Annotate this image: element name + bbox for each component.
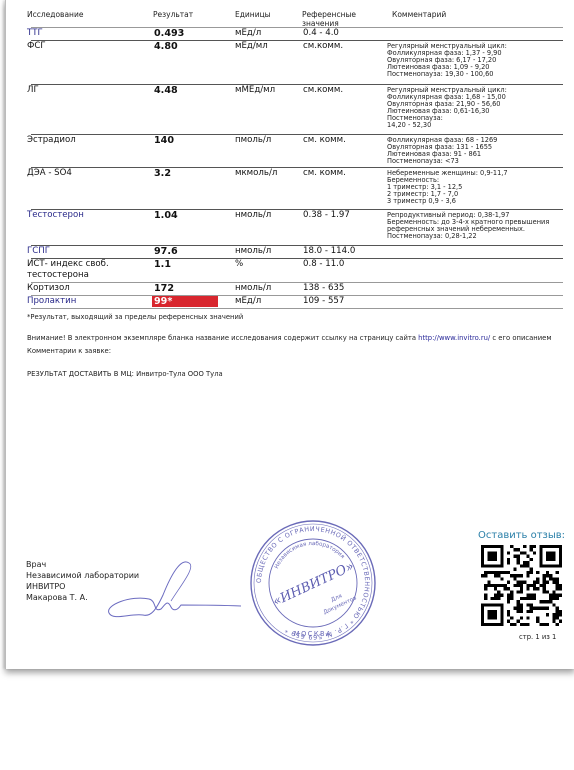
result-value: 97.6 [154, 246, 178, 257]
lab-report-page: Исследование Результат Единицы Референсн… [5, 0, 574, 669]
reference-range: 138 - 635 [303, 283, 344, 293]
units: % [235, 259, 243, 269]
feedback-qr-code[interactable] [481, 545, 562, 626]
units: пмоль/л [235, 135, 271, 145]
reference-range: см.комм. [303, 41, 343, 51]
reference-range: 18.0 - 114.0 [303, 246, 355, 256]
page-number: стр. 1 из 1 [519, 633, 556, 641]
units: мкмоль/л [235, 168, 277, 178]
units: мМЕд/мл [235, 85, 275, 95]
test-name[interactable]: Пролактин [27, 296, 76, 306]
result-value: 140 [154, 135, 174, 146]
comment: Фолликулярная фаза: 68 - 1269Овуляторная… [387, 137, 497, 165]
test-name: ДЭА - SO4 [27, 168, 72, 178]
row-divider [31, 209, 563, 210]
units: нмоль/л [235, 283, 271, 293]
flagged-result: 99* [152, 296, 218, 307]
test-name: ИСТ- индекс своб.тестостерона [27, 259, 109, 281]
units: мЕд/л [235, 296, 261, 306]
row-divider [31, 308, 563, 309]
row-divider [31, 245, 563, 246]
test-name: Эстрадиол [27, 135, 76, 145]
reference-range: см. комм. [303, 168, 346, 178]
request-comments-label: Комментарии к заявке: [27, 347, 111, 355]
lab-stamp-icon: ОБЩЕСТВО С ОГРАНИЧЕННОЙ ОТВЕТСТВЕННОСТЬЮ… [248, 518, 378, 648]
reference-range: 109 - 557 [303, 296, 344, 306]
units: мЕд/л [235, 28, 261, 38]
test-name: ФСГ [27, 41, 46, 51]
svg-text:МОСКВА: МОСКВА [294, 630, 332, 638]
row-divider [31, 295, 563, 296]
test-name: Кортизол [27, 283, 70, 293]
comment: Регулярный менструальный цикл:Фолликуляр… [387, 87, 507, 129]
reference-range: см. комм. [303, 135, 346, 145]
row-divider [31, 134, 563, 135]
header-units: Единицы [235, 10, 271, 19]
test-name[interactable]: ТТГ [27, 28, 43, 38]
row-divider [31, 167, 563, 168]
test-name[interactable]: Тестостерон [27, 210, 84, 220]
result-value: 1.1 [154, 259, 171, 270]
reference-range: 0.8 - 11.0 [303, 259, 344, 269]
units: нмоль/л [235, 210, 271, 220]
result-value: 3.2 [154, 168, 171, 179]
result-value: 4.80 [154, 41, 178, 52]
reference-range: см.комм. [303, 85, 343, 95]
row-divider [31, 40, 563, 41]
delivery-info: РЕЗУЛЬТАТ ДОСТАВИТЬ В МЦ: Инвитро-Тула О… [27, 370, 223, 378]
reference-range: 0.38 - 1.97 [303, 210, 350, 220]
result-value: 4.48 [154, 85, 178, 96]
reference-range: 0.4 - 4.0 [303, 28, 339, 38]
comment: Регулярный менструальный цикл:Фолликуляр… [387, 43, 507, 78]
row-divider [31, 282, 563, 283]
footnote: *Результат, выходящий за пределы референ… [27, 313, 243, 321]
notice-text: Внимание! В электронном экземпляре бланк… [27, 334, 551, 342]
test-name[interactable]: ГСПГ [27, 246, 50, 256]
header-comment: Комментарий [392, 10, 446, 19]
invitro-link[interactable]: http://www.invitro.ru/ [418, 334, 490, 342]
row-divider [31, 84, 563, 85]
units: нмоль/л [235, 246, 271, 256]
header-reference: Референсные значения [302, 10, 356, 28]
header-result: Результат [153, 10, 193, 19]
table-divider [31, 27, 563, 28]
feedback-label: Оставить отзыв: [478, 530, 565, 541]
result-value: 172 [154, 283, 174, 294]
header-test: Исследование [27, 10, 83, 19]
result-value: 0.493 [154, 28, 184, 39]
signature-icon [101, 555, 246, 625]
comment: Репродуктивный период: 0,38-1,97Беременн… [387, 212, 549, 240]
row-divider [31, 258, 563, 259]
comment: Небеременные женщины: 0,9-11,7Беременнос… [387, 170, 508, 205]
result-value: 1.04 [154, 210, 178, 221]
units: мЕд/мл [235, 41, 268, 51]
test-name: ЛГ [27, 85, 39, 95]
